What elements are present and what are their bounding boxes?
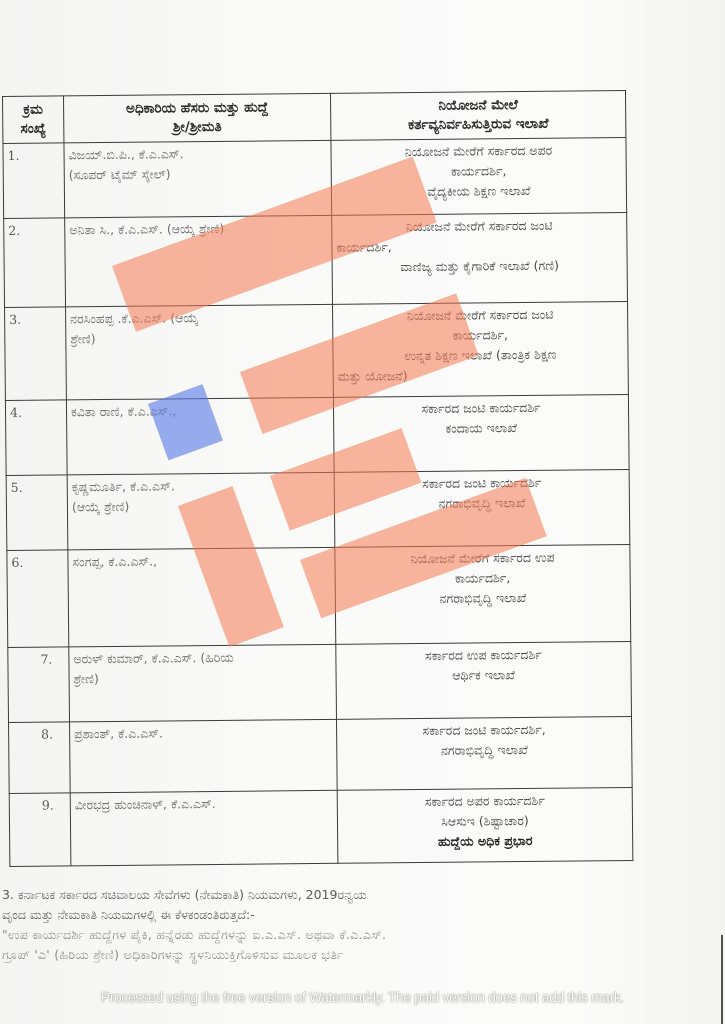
serial-cell: 1. [3, 143, 65, 219]
officer-name-cell: ವೀರಭದ್ರ ಹುಂಚಿನಾಳ್, ಕೆ.ಎ.ಎಸ್. [70, 790, 338, 866]
watermark-notice: Processed using the free version of Wate… [0, 990, 725, 1005]
header-serial-number: ಕ್ರಮ ಸಂಖ್ಯೆ [3, 96, 64, 144]
officer-name-cell: ವಿಜಯ್.ಬಿ.ಪಿ., ಕೆ.ಎ.ಎಸ್. (ಸೂಪರ್ ಟೈಮ್ ಸ್ಕೇ… [64, 140, 332, 218]
table-row: 1. ವಿಜಯ್.ಬಿ.ಪಿ., ಕೆ.ಎ.ಎಸ್. (ಸೂಪರ್ ಟೈಮ್ ಸ… [3, 138, 627, 219]
additional-charge-label: ಹುದ್ದೆಯ ಅಧಿಕ ಪ್ರಭಾರ [342, 830, 628, 853]
department-cell: ನಿಯೋಜನೆ ಮೇರೆಗೆ ಸರ್ಕಾರದ ಅಪರ ಕಾರ್ಯದರ್ಶಿ, ವ… [331, 138, 627, 216]
officer-name-cell: ಪ್ರಶಾಂತ್, ಕೆ.ಎ.ಎಸ್. [70, 719, 338, 793]
header-department: ನಿಯೋಜನೆ ಮೇಲೆ ಕರ್ತವ್ಯನಿರ್ವಹಿಸುತ್ತಿರುವ ಇಲಾ… [330, 91, 625, 141]
department-cell: ಸರ್ಕಾರದ ಅಪರ ಕಾರ್ಯದರ್ಶಿ ಸಿಆಸುಇ (ಶಿಷ್ಟಾಚಾರ… [337, 787, 633, 863]
department-cell: ಸರ್ಕಾರದ ಜಂಟಿ ಕಾರ್ಯದರ್ಶಿ, ನಗರಾಭಿವೃದ್ಧಿ ಇಲ… [336, 716, 632, 790]
officer-name-cell: ನರಸಿಂಹಪ್ಪ .ಕೆ.ಎ.ಎಸ್. (ಆಯ್ಕೆ ಶ್ರೇಣಿ) [66, 304, 334, 400]
serial-cell: 6. [7, 550, 69, 648]
officer-name-cell: ಕವಿತಾ ರಾಣಿ, ಕೆ.ಎ.ಎಸ್., [66, 397, 334, 475]
table-row: 7. ಅರುಳ್ ಕುಮಾರ್, ಕೆ.ಎ.ಎಸ್. (ಹಿರಿಯ ಶ್ರೇಣಿ… [8, 641, 632, 722]
officer-name-cell: ಸಂಗಪ್ಪ, ಕೆ.ಎ.ಎಸ್., [68, 547, 336, 647]
table-row: 8. ಪ್ರಶಾಂತ್, ಕೆ.ಎ.ಎಸ್. ಸರ್ಕಾರದ ಜಂಟಿ ಕಾರ್… [9, 716, 633, 793]
serial-cell: 7. [8, 647, 70, 723]
table-row: 3. ನರಸಿಂಹಪ್ಪ .ಕೆ.ಎ.ಎಸ್. (ಆಯ್ಕೆ ಶ್ರೇಣಿ) ನ… [5, 302, 629, 401]
document-page: ಕ್ರಮ ಸಂಖ್ಯೆ ಅಧಿಕಾರಿಯ ಹೆಸರು ಮತ್ತು ಹುದ್ದೆ … [0, 0, 725, 1024]
serial-cell: 9. [9, 793, 71, 867]
department-cell: ನಿಯೋಜನೆ ಮೇರೆಗೆ ಸರ್ಕಾರದ ಜಂಟಿ ಕಾರ್ಯದರ್ಶಿ, … [332, 213, 628, 305]
table-row: 6. ಸಂಗಪ್ಪ, ಕೆ.ಎ.ಎಸ್., ನಿಯೋಜನೆ ಮೇರೆಗೆ ಸರ್… [7, 544, 631, 647]
table-row: 9. ವೀರಭದ್ರ ಹುಂಚಿನಾಳ್, ಕೆ.ಎ.ಎಸ್. ಸರ್ಕಾರದ … [9, 787, 633, 866]
table-header-row: ಕ್ರಮ ಸಂಖ್ಯೆ ಅಧಿಕಾರಿಯ ಹೆಸರು ಮತ್ತು ಹುದ್ದೆ … [3, 91, 626, 144]
department-cell: ನಿಯೋಜನೆ ಮೇರೆಗೆ ಸರ್ಕಾರದ ಉಪ ಕಾರ್ಯದರ್ಶಿ, ನಗ… [335, 544, 631, 644]
department-cell: ಸರ್ಕಾರದ ಜಂಟಿ ಕಾರ್ಯದರ್ಶಿ ನಗರಾಭಿವೃದ್ಧಿ ಇಲಾ… [334, 469, 630, 547]
department-cell: ನಿಯೋಜನೆ ಮೇರೆಗೆ ಸರ್ಕಾರದ ಜಂಟಿ ಕಾರ್ಯದರ್ಶಿ, … [333, 302, 629, 398]
department-cell: ಸರ್ಕಾರದ ಜಂಟಿ ಕಾರ್ಯದರ್ಶಿ ಕಂದಾಯ ಇಲಾಖೆ [333, 395, 629, 473]
serial-cell: 2. [4, 218, 66, 308]
serial-cell: 4. [5, 400, 67, 476]
officer-name-cell: ಅನಿತಾ ಸಿ., ಕೆ.ಎ.ಎಸ್. (ಆಯ್ಕೆ ಶ್ರೇಣಿ) [65, 215, 333, 307]
serial-cell: 8. [9, 722, 71, 794]
department-cell: ಸರ್ಕಾರದ ಉಪ ಕಾರ್ಯದರ್ಶಿ ಆರ್ಥಿಕ ಇಲಾಖೆ [336, 641, 632, 719]
officer-posting-table: ಕ್ರಮ ಸಂಖ್ಯೆ ಅಧಿಕಾರಿಯ ಹೆಸರು ಮತ್ತು ಹುದ್ದೆ … [2, 90, 633, 867]
serial-cell: 3. [5, 307, 67, 401]
table-row: 5. ಕೃಷ್ಣಮೂರ್ತಿ, ಕೆ.ಎ.ಎಸ್. (ಆಯ್ಕೆ ಶ್ರೇಣಿ)… [6, 469, 630, 550]
table-row: 2. ಅನಿತಾ ಸಿ., ಕೆ.ಎ.ಎಸ್. (ಆಯ್ಕೆ ಶ್ರೇಣಿ) ನ… [4, 213, 628, 308]
serial-cell: 5. [6, 475, 68, 551]
table-row: 4. ಕವಿತಾ ರಾಣಿ, ಕೆ.ಎ.ಎಸ್., ಸರ್ಕಾರದ ಜಂಟಿ ಕ… [5, 395, 629, 476]
page-edge-divider [721, 935, 723, 1024]
officer-name-cell: ಕೃಷ್ಣಮೂರ್ತಿ, ಕೆ.ಎ.ಎಸ್. (ಆಯ್ಕೆ ಶ್ರೇಣಿ) [67, 472, 335, 550]
header-officer-name: ಅಧಿಕಾರಿಯ ಹೆಸರು ಮತ್ತು ಹುದ್ದೆ ಶ್ರೀ/ಶ್ರೀಮತಿ [64, 93, 331, 143]
officer-name-cell: ಅರುಳ್ ಕುಮಾರ್, ಕೆ.ಎ.ಎಸ್. (ಹಿರಿಯ ಶ್ರೇಣಿ) [69, 644, 337, 722]
rules-paragraph: 3. ಕರ್ನಾಟಕ ಸರ್ಕಾರದ ಸಚಿವಾಲಯ ಸೇವೆಗಳು (ನೇಮಕ… [0, 885, 640, 965]
